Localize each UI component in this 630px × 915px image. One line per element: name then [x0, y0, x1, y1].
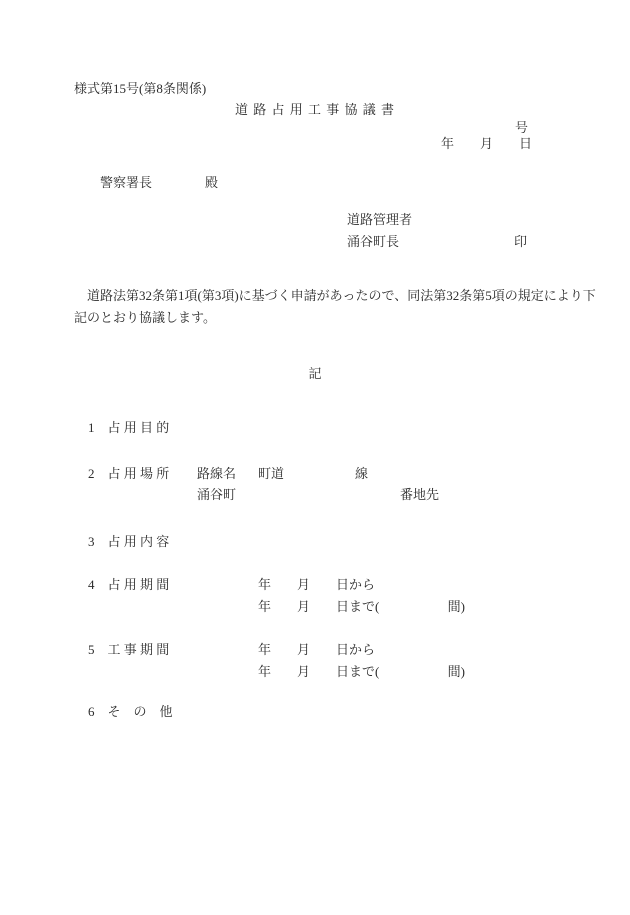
seal-mark: 印 [514, 235, 527, 248]
work-period-to: 年 月 日まで( 間) [258, 665, 465, 678]
item-5-work-period: 5 工 事 期 間 [88, 643, 169, 656]
item-label: 占 用 期 間 [108, 577, 170, 592]
ki-heading: 記 [0, 367, 630, 380]
item-label [95, 420, 108, 435]
item-label [95, 466, 108, 481]
date-line: 年 月 日 [441, 137, 532, 150]
work-period-from: 年 月 日から [258, 643, 375, 656]
route-suffix-label: 線 [355, 467, 368, 480]
item-6-other: 6 そ の 他 [88, 705, 173, 718]
item-label [95, 577, 108, 592]
item-label [95, 534, 108, 549]
item-2-occupation-place: 2 占 用 場 所 [88, 467, 169, 480]
item-label: そ の 他 [108, 704, 173, 719]
route-name-label: 路線名 [197, 467, 236, 480]
occupation-period-to: 年 月 日まで( 間) [258, 600, 465, 613]
signature-road-manager: 道路管理者 [347, 213, 412, 226]
document-number-suffix: 号 [515, 121, 528, 134]
item-label: 工 事 期 間 [108, 642, 170, 657]
item-label: 占 用 場 所 [108, 466, 170, 481]
item-label: 占 用 目 的 [108, 420, 170, 435]
item-label [95, 642, 108, 657]
banchi-label: 番地先 [400, 488, 439, 501]
signature-mayor: 涌谷町長 [347, 235, 399, 248]
item-3-occupation-content: 3 占 用 内 容 [88, 535, 169, 548]
item-4-occupation-period: 4 占 用 期 間 [88, 578, 169, 591]
item-label [95, 704, 108, 719]
document-title: 道 路 占 用 工 事 協 議 書 [0, 103, 630, 116]
addressee-honorific: 殿 [205, 176, 218, 189]
body-paragraph-line2: 記のとおり協議します。 [74, 311, 216, 324]
form-number: 様式第15号(第8条関係) [74, 82, 206, 95]
route-type-label: 町道 [258, 467, 284, 480]
document-page: 様式第15号(第8条関係) 道 路 占 用 工 事 協 議 書 号 年 月 日 … [0, 0, 630, 915]
town-name: 涌谷町 [197, 488, 236, 501]
item-label: 占 用 内 容 [108, 534, 170, 549]
addressee-police-chief: 警察署長 [100, 176, 152, 189]
item-1-occupation-purpose: 1 占 用 目 的 [88, 421, 169, 434]
occupation-period-from: 年 月 日から [258, 578, 375, 591]
body-paragraph-line1: 道路法第32条第1項(第3項)に基づく申請があったので、同法第32条第5項の規定… [74, 289, 596, 302]
